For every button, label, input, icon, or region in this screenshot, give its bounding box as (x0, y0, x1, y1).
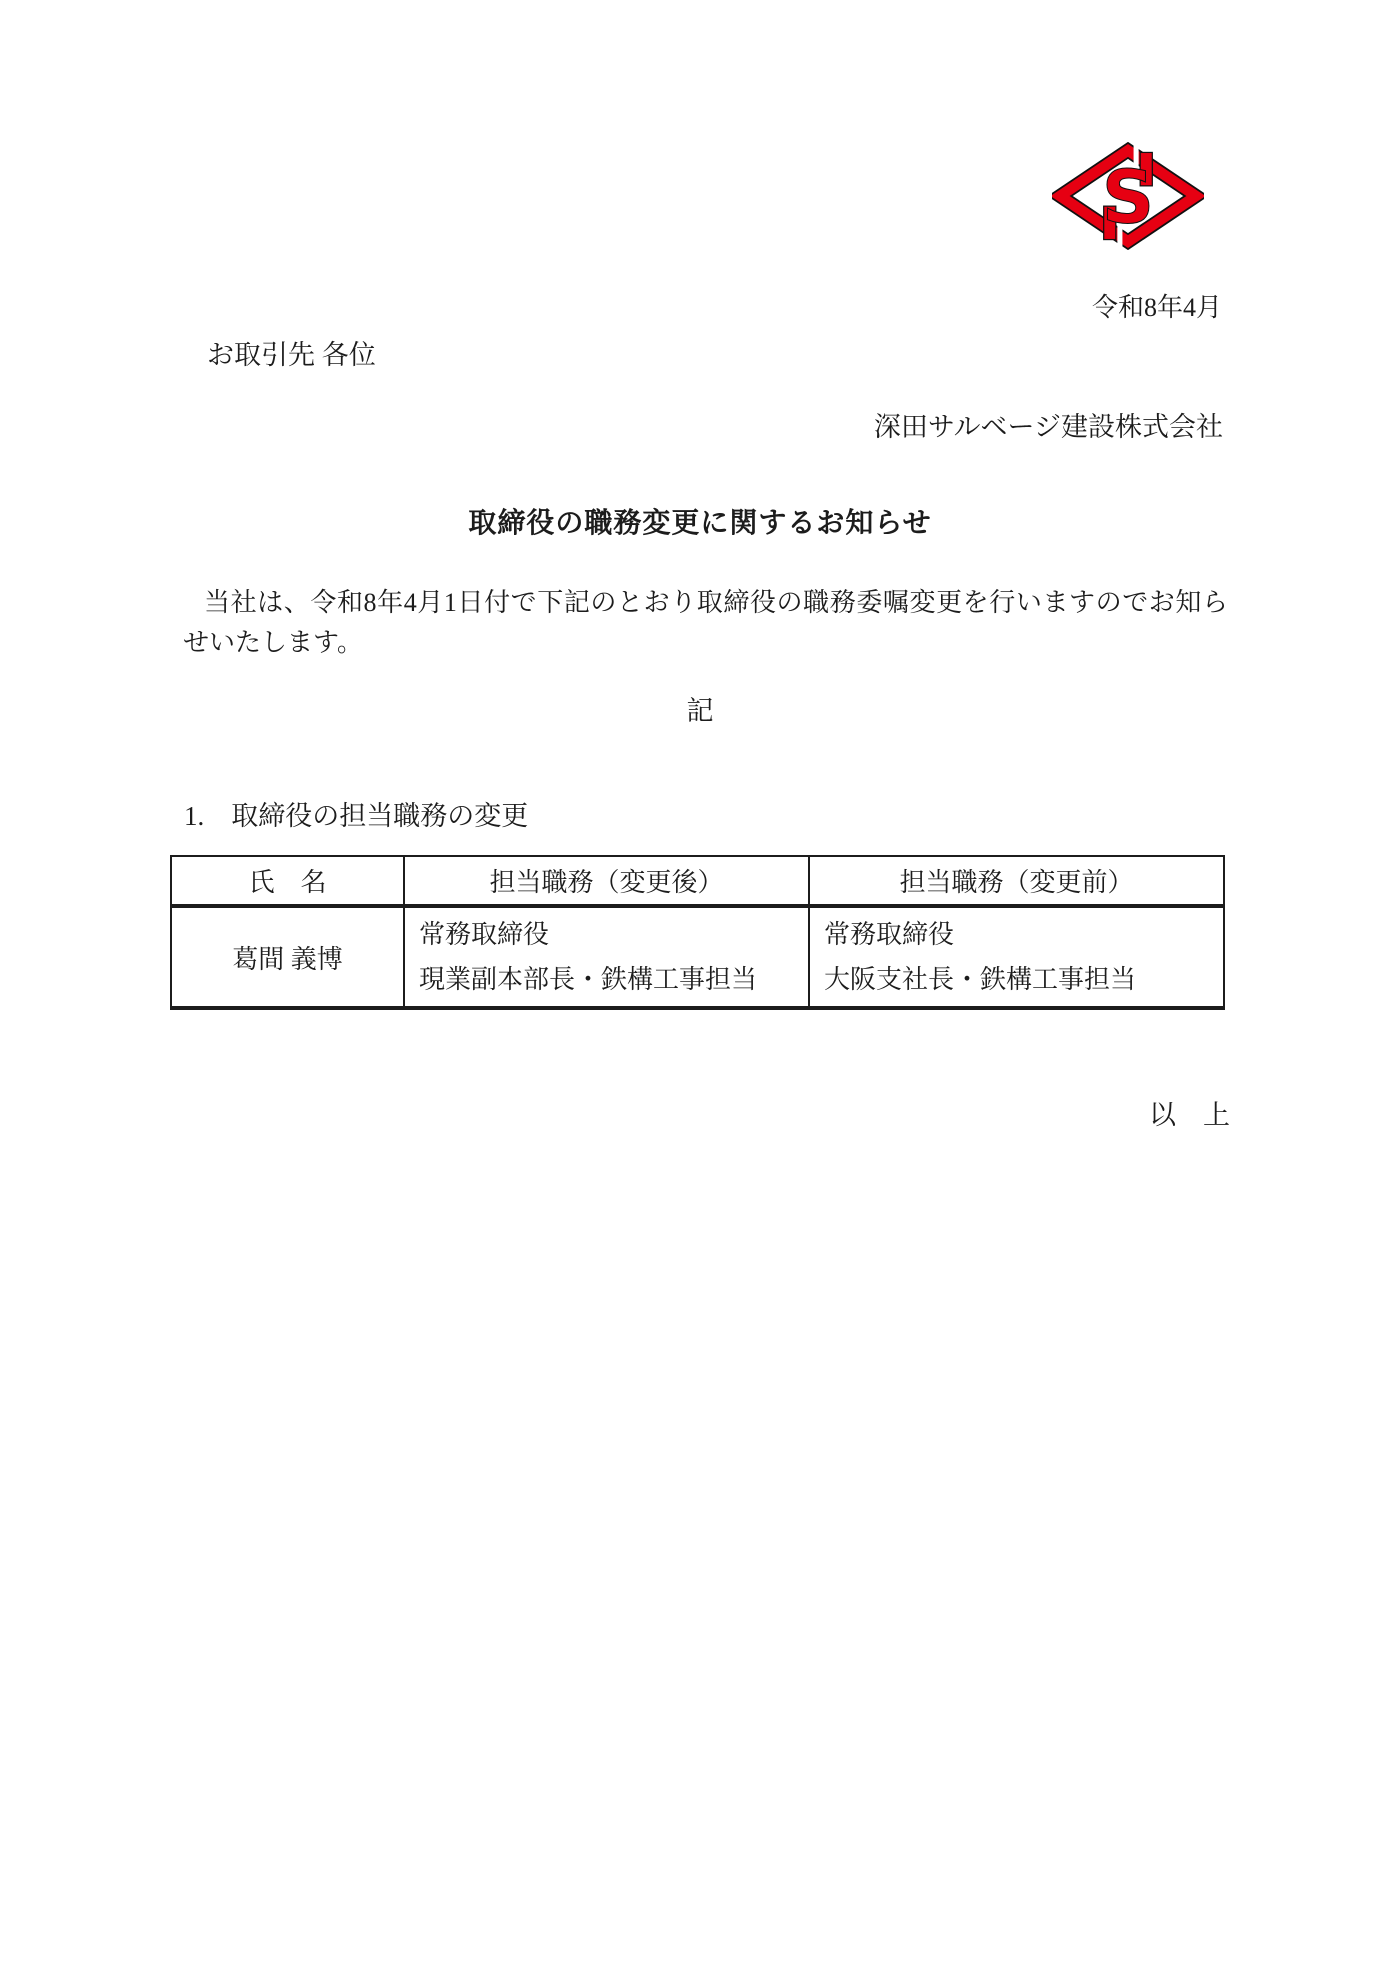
table-header-row: 氏 名 担当職務（変更後） 担当職務（変更前） (171, 856, 1224, 906)
header-duty-before: 担当職務（変更前） (809, 856, 1224, 906)
closing-ijou: 以 上 (1149, 1093, 1230, 1132)
notice-ki-marker: 記 (0, 689, 1400, 728)
duty-before-cell: 常務取締役 大阪支社長・鉄構工事担当 (809, 906, 1224, 1008)
role-line: 常務取締役 (419, 912, 794, 957)
duty-after-cell: 常務取締役 現業副本部長・鉄構工事担当 (404, 906, 809, 1008)
header-duty-after: 担当職務（変更後） (404, 856, 809, 906)
document-title: 取締役の職務変更に関するお知らせ (0, 501, 1400, 541)
header-name: 氏 名 (171, 856, 404, 906)
role-line: 大阪支社長・鉄構工事担当 (824, 957, 1209, 1002)
director-name: 葛間 義博 (171, 906, 404, 1008)
logo-letter-s: S (1102, 155, 1155, 240)
job-change-table: 氏 名 担当職務（変更後） 担当職務（変更前） 葛間 義博 常務取締役 現業副本… (170, 855, 1225, 1010)
recipient: お取引先 各位 (207, 333, 376, 372)
diamond-s-logo: S (1052, 142, 1204, 250)
company-name: 深田サルベージ建設株式会社 (874, 405, 1223, 444)
section-heading: 1. 取締役の担当職務の変更 (184, 794, 528, 833)
body-paragraph: 当社は、令和8年4月1日付で下記のとおり取締役の職務委嘱変更を行いますのでお知ら… (183, 583, 1228, 663)
role-line: 常務取締役 (824, 912, 1209, 957)
table-row: 葛間 義博 常務取締役 現業副本部長・鉄構工事担当 常務取締役 大阪支社長・鉄構… (171, 906, 1224, 1008)
role-line: 現業副本部長・鉄構工事担当 (419, 957, 794, 1002)
document-page: S 令和8年4月 お取引先 各位 深田サルベージ建設株式会社 取締役の職務変更に… (0, 0, 1400, 1980)
issue-date: 令和8年4月 (1092, 287, 1222, 324)
company-logo: S (1052, 142, 1204, 250)
